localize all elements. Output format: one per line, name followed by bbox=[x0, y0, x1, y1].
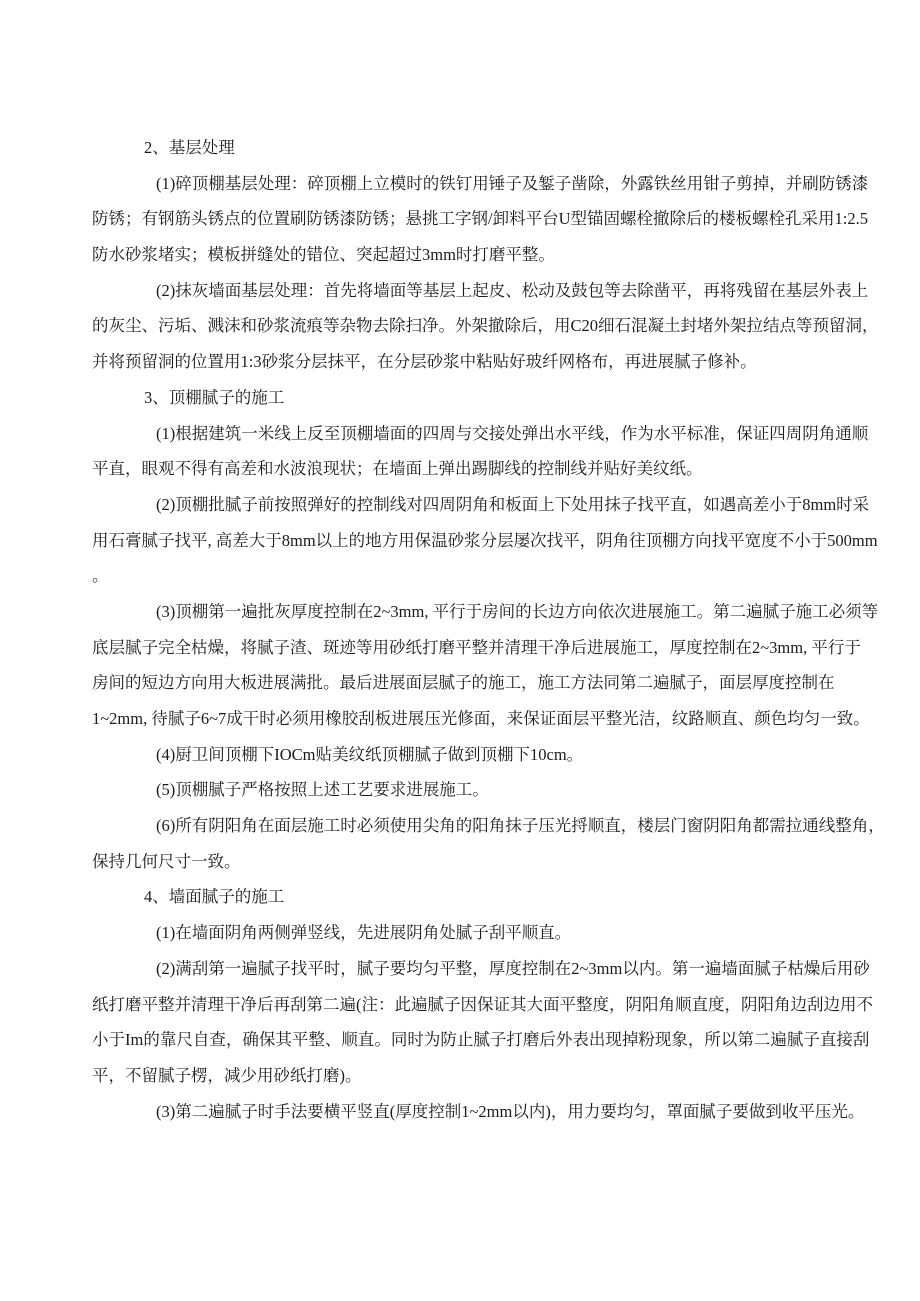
doc-line-23: (1)在墙面阴角两侧弹竖线，先进展阴角处腻子刮平顺直。 bbox=[0, 915, 920, 951]
document-page: 2、基层处理(1)碎顶棚基层处理：碎顶棚上立模时的铁钉用锤子及錾子凿除，外露铁丝… bbox=[0, 0, 920, 1301]
doc-line-26: 小于Im的靠尺自查，确保其平整、顺直。同时为防止腻子打磨后外表出现掉粉现象，所以… bbox=[0, 1022, 920, 1058]
doc-line-11: (2)顶棚批腻子前按照弹好的控制线对四周阴角和板面上下处用抹子找平直，如遇高差小… bbox=[0, 487, 920, 523]
doc-line-18: (4)厨卫间顶棚下IOCm贴美纹纸顶棚腻子做到顶棚下10cm。 bbox=[0, 737, 920, 773]
doc-line-3: 防锈；有钢筋头锈点的位置刷防锈漆防锈；悬挑工字钢/卸料平台U型锚固螺栓撤除后的楼… bbox=[0, 201, 920, 237]
doc-line-2: (1)碎顶棚基层处理：碎顶棚上立模时的铁钉用锤子及錾子凿除，外露铁丝用钳子剪掉，… bbox=[0, 166, 920, 202]
doc-line-20: (6)所有阴阳角在面层施工时必须使用尖角的阳角抹子压光捋顺直，楼层门窗阴阳角都需… bbox=[0, 808, 920, 844]
doc-line-9: (1)根据建筑一米线上反至顶棚墙面的四周与交接处弹出水平线，作为水平标准，保证四… bbox=[0, 416, 920, 452]
doc-line-19: (5)顶棚腻子严格按照上述工艺要求进展施工。 bbox=[0, 772, 920, 808]
doc-line-12: 用石膏腻子找平, 高差大于8mm以上的地方用保温砂浆分层屡次找平，阴角往顶棚方向… bbox=[0, 523, 920, 559]
doc-line-1: 2、基层处理 bbox=[0, 130, 920, 166]
doc-line-16: 房间的短边方向用大板进展满批。最后进展面层腻子的施工，施工方法同第二遍腻子，面层… bbox=[0, 665, 920, 701]
doc-line-7: 并将预留洞的位置用1:3砂浆分层抹平，在分层砂浆中粘贴好玻纤网格布，再进展腻子修… bbox=[0, 344, 920, 380]
doc-line-15: 底层腻子完全枯燥，将腻子渣、斑迹等用砂纸打磨平整并清理干净后进展施工，厚度控制在… bbox=[0, 630, 920, 666]
doc-line-25: 纸打磨平整并清理干净后再刮第二遍(注：此遍腻子因保证其大面平整度，阴阳角顺直度，… bbox=[0, 987, 920, 1023]
doc-line-17: 1~2mm, 待腻子6~7成干时必须用橡胶刮板进展压光修面，来保证面层平整光洁，… bbox=[0, 701, 920, 737]
doc-line-14: (3)顶棚第一遍批灰厚度控制在2~3mm, 平行于房间的长边方向依次进展施工。第… bbox=[0, 594, 920, 630]
doc-line-13: 。 bbox=[0, 558, 920, 594]
doc-line-8: 3、顶棚腻子的施工 bbox=[0, 380, 920, 416]
doc-line-27: 平，不留腻子楞，减少用砂纸打磨)。 bbox=[0, 1058, 920, 1094]
doc-line-24: (2)满刮第一遍腻子找平时，腻子要均匀平整，厚度控制在2~3mm以内。第一遍墙面… bbox=[0, 951, 920, 987]
doc-line-10: 平直，眼观不得有高差和水波浪现状；在墙面上弹出踢脚线的控制线并贴好美纹纸。 bbox=[0, 451, 920, 487]
doc-line-4: 防水砂浆堵实；模板拼缝处的错位、突起超过3mm时打磨平整。 bbox=[0, 237, 920, 273]
doc-line-6: 的灰尘、污垢、溅沫和砂浆流痕等杂物去除扫净。外架撤除后，用C20细石混凝土封堵外… bbox=[0, 308, 920, 344]
doc-line-5: (2)抹灰墙面基层处理：首先将墙面等基层上起皮、松动及鼓包等去除凿平，再将残留在… bbox=[0, 273, 920, 309]
document-text-block: 2、基层处理(1)碎顶棚基层处理：碎顶棚上立模时的铁钉用锤子及錾子凿除，外露铁丝… bbox=[0, 0, 920, 1129]
doc-line-22: 4、墙面腻子的施工 bbox=[0, 879, 920, 915]
doc-line-28: (3)第二遍腻子时手法要横平竖直(厚度控制1~2mm以内)，用力要均匀，罩面腻子… bbox=[0, 1094, 920, 1130]
doc-line-21: 保持几何尺寸一致。 bbox=[0, 844, 920, 880]
